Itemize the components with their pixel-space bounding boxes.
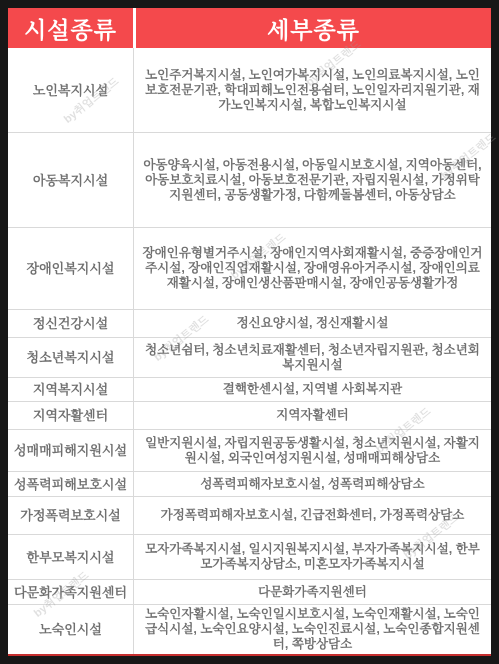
header-facility-type: 시설종류	[8, 8, 136, 48]
table-bottom-accent-line	[8, 654, 491, 656]
facility-type-cell: 노인복지시설	[8, 48, 133, 132]
table-row: 성매매피해지원시설일반지원시설, 자립지원공동생활시설, 청소년지원시설, 자활…	[8, 430, 491, 472]
facility-type-cell: 아동복지시설	[8, 133, 133, 227]
table-row: 다문화가족지원센터다문화가족지원센터	[8, 580, 491, 605]
detail-types-cell: 아동양육시설, 아동전용시설, 아동일시보호시설, 지역아동센터, 아동보호치료…	[133, 133, 491, 227]
facility-type-cell: 노숙인시설	[8, 605, 133, 654]
detail-types-cell: 가정폭력피해자보호시설, 긴급전화센터, 가정폭력상담소	[133, 497, 491, 534]
table-row: 청소년복지시설청소년쉼터, 청소년치료재활센터, 청소년자립지원관, 청소년회복…	[8, 338, 491, 378]
detail-types-cell: 청소년쉼터, 청소년치료재활센터, 청소년자립지원관, 청소년회복지원시설	[133, 338, 491, 377]
detail-types-cell: 장애인유형별거주시설, 장애인지역사회재활시설, 중증장애인거주시설, 장애인직…	[133, 228, 491, 309]
facility-type-cell: 장애인복지시설	[8, 228, 133, 309]
facility-type-cell: 지역복지시설	[8, 378, 133, 401]
detail-types-cell: 일반지원시설, 자립지원공동생활시설, 청소년지원시설, 자활지원시설, 외국인…	[133, 430, 491, 471]
detail-types-cell: 지역자활센터	[133, 402, 491, 429]
detail-types-cell: 노인주거복지시설, 노인여가복지시설, 노인의료복지시설, 노인보호전문기관, …	[133, 48, 491, 132]
table-row: 한부모복지시설모자가족복지시설, 일시지원복지시설, 부자가족복지시설, 한부모…	[8, 535, 491, 580]
detail-types-cell: 성폭력피해자보호시설, 성폭력피해상담소	[133, 472, 491, 496]
header-detail-type: 세부종류	[136, 8, 491, 48]
detail-types-cell: 모자가족복지시설, 일시지원복지시설, 부자가족복지시설, 한부모가족복지상담소…	[133, 535, 491, 579]
table-row: 지역자활센터지역자활센터	[8, 402, 491, 430]
facility-type-cell: 성매매피해지원시설	[8, 430, 133, 471]
facility-type-cell: 정신건강시설	[8, 310, 133, 337]
table-header-row: 시설종류 세부종류	[8, 8, 491, 48]
table-row: 노숙인시설노숙인자활시설, 노숙인일시보호시설, 노숙인재활시설, 노숙인급식시…	[8, 605, 491, 654]
table-row: 노인복지시설노인주거복지시설, 노인여가복지시설, 노인의료복지시설, 노인보호…	[8, 48, 491, 133]
detail-types-cell: 노숙인자활시설, 노숙인일시보호시설, 노숙인재활시설, 노숙인급식시설, 노숙…	[133, 605, 491, 654]
table-row: 성폭력피해보호시설성폭력피해자보호시설, 성폭력피해상담소	[8, 472, 491, 497]
detail-types-cell: 정신요양시설, 정신재활시설	[133, 310, 491, 337]
table-row: 장애인복지시설장애인유형별거주시설, 장애인지역사회재활시설, 중증장애인거주시…	[8, 228, 491, 310]
detail-types-cell: 결핵한센시설, 지역별 사회복지관	[133, 378, 491, 401]
facility-table: 시설종류 세부종류 노인복지시설노인주거복지시설, 노인여가복지시설, 노인의료…	[8, 8, 491, 656]
facility-type-cell: 가정폭력보호시설	[8, 497, 133, 534]
table-row: 가정폭력보호시설가정폭력피해자보호시설, 긴급전화센터, 가정폭력상담소	[8, 497, 491, 535]
facility-type-cell: 다문화가족지원센터	[8, 580, 133, 604]
facility-type-cell: 성폭력피해보호시설	[8, 472, 133, 496]
table-row: 아동복지시설아동양육시설, 아동전용시설, 아동일시보호시설, 지역아동센터, …	[8, 133, 491, 228]
detail-types-cell: 다문화가족지원센터	[133, 580, 491, 604]
facility-type-cell: 청소년복지시설	[8, 338, 133, 377]
facility-type-cell: 지역자활센터	[8, 402, 133, 429]
facility-type-cell: 한부모복지시설	[8, 535, 133, 579]
table-body: 노인복지시설노인주거복지시설, 노인여가복지시설, 노인의료복지시설, 노인보호…	[8, 48, 491, 654]
table-row: 정신건강시설정신요양시설, 정신재활시설	[8, 310, 491, 338]
table-row: 지역복지시설결핵한센시설, 지역별 사회복지관	[8, 378, 491, 402]
page: { "header": { "col1": "시설종류", "col2": "세…	[0, 0, 499, 664]
